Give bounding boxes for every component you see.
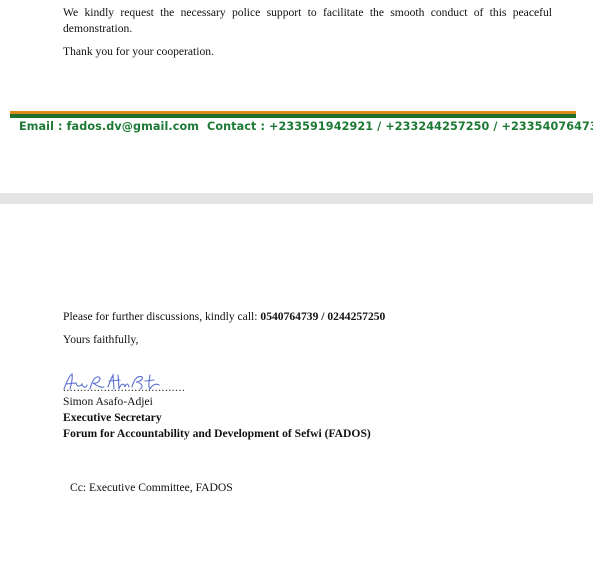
email-address: fados.dv@gmail.com: [67, 120, 199, 133]
organization-name: Forum for Accountability and Development…: [63, 427, 371, 440]
page-separator: [0, 193, 593, 204]
further-discussion-numbers: 0540764739 / 0244257250: [260, 310, 385, 323]
contact-phones: +233591942921 / +233244257250 / +2335407…: [269, 120, 593, 133]
signature-line: ....................................: [63, 381, 185, 394]
signatory-name: Simon Asafo-Adjei: [63, 395, 153, 408]
closing-request-paragraph: We kindly request the necessary police s…: [63, 5, 552, 36]
document-page-1: We kindly request the necessary police s…: [0, 0, 593, 193]
letterhead-green-rule: [10, 114, 576, 118]
contact-label: Contact :: [207, 120, 269, 133]
sign-off: Yours faithfully,: [63, 333, 138, 346]
signatory-title: Executive Secretary: [63, 411, 162, 424]
letterhead-contact-line: Email : fados.dv@gmail.comContact : +233…: [19, 120, 593, 133]
email-label: Email :: [19, 120, 67, 133]
further-discussion-text: Please for further discussions, kindly c…: [63, 310, 260, 323]
further-discussion-line: Please for further discussions, kindly c…: [63, 310, 385, 323]
cc-line: Cc: Executive Committee, FADOS: [70, 481, 233, 494]
thanks-paragraph: Thank you for your cooperation.: [63, 44, 552, 60]
